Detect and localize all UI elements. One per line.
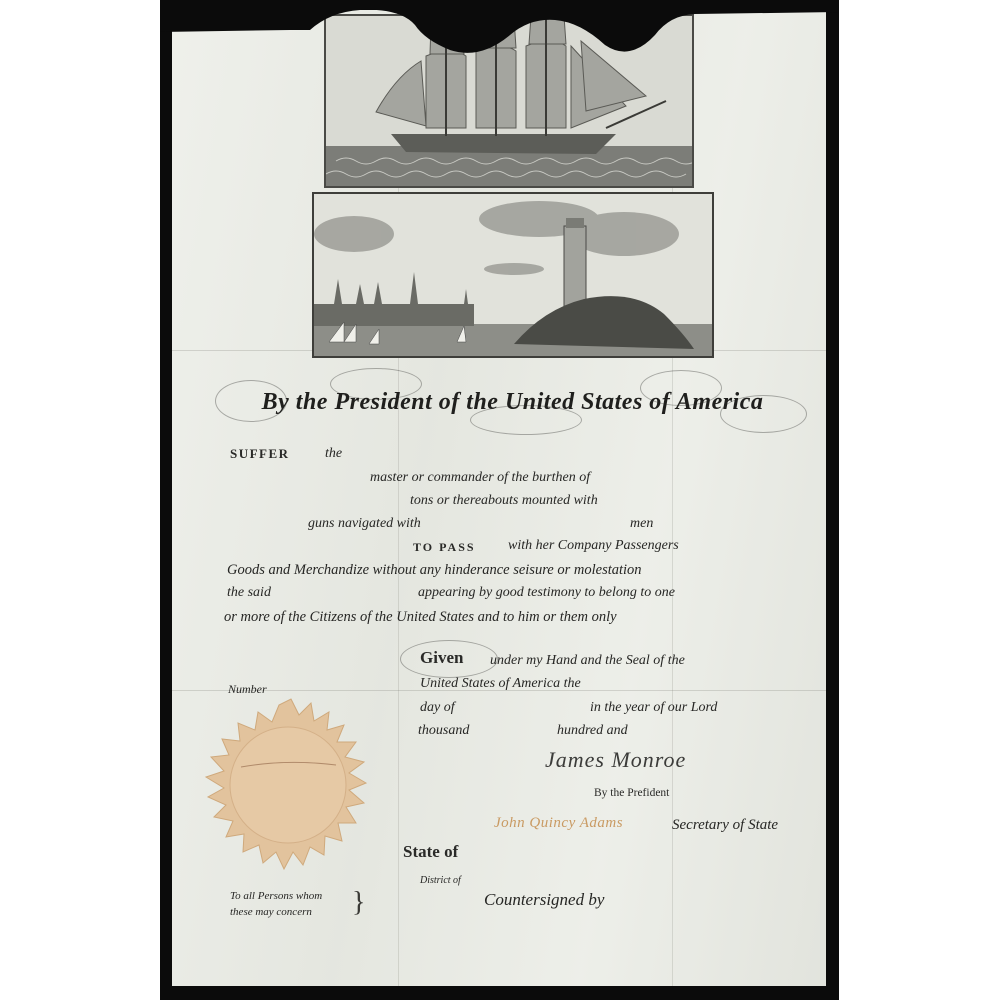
lighthouse-icon [314,194,714,358]
hundred-text: hundred and [557,723,628,739]
paper-seal [196,697,386,877]
seal-icon [196,697,386,877]
to-all-persons-line1: To all Persons whom [230,890,322,902]
the-said-text: the said [227,585,271,601]
district-of-label: District of [420,875,461,886]
with-her-line: with her Company Passengers [508,538,679,554]
secretary-signature: John Quincy Adams [494,815,623,832]
suffer-label: SUFFER [230,446,290,462]
paper-torn-edge [160,0,839,70]
citizens-line: or more of the Citizens of the United St… [224,609,617,626]
day-of-text: day of [420,700,455,716]
number-label: Number [228,682,267,697]
to-pass-label: TO PASS [413,540,476,555]
appearing-line: appearing by good testimony to belong to… [418,585,675,601]
guns-line: guns navigated with [308,516,421,532]
hand-seal-line: under my Hand and the Seal of the [490,653,685,669]
to-all-persons-line2: these may concern [230,906,312,918]
men-text: men [630,516,653,532]
the-text: the [325,446,342,462]
state-of-label: State of [403,842,458,862]
document-heading: By the President of the United States of… [215,372,810,432]
year-line: in the year of our Lord [590,700,717,716]
harbor-lighthouse-engraving [312,192,714,358]
master-line: master or commander of the burthen of [370,470,590,486]
president-signature: James Monroe [545,747,686,773]
brace-glyph: } [352,888,365,918]
thousand-text: thousand [418,723,469,739]
united-states-line: United States of America the [420,676,581,692]
tons-line: tons or thereabouts mounted with [410,493,598,509]
secretary-title: Secretary of State [672,817,778,834]
by-the-president-label: By the Prefident [594,787,669,799]
goods-line: Goods and Merchandize without any hinder… [227,562,642,579]
countersigned-label: Countersigned by [484,890,604,910]
given-word: Given [420,648,463,668]
